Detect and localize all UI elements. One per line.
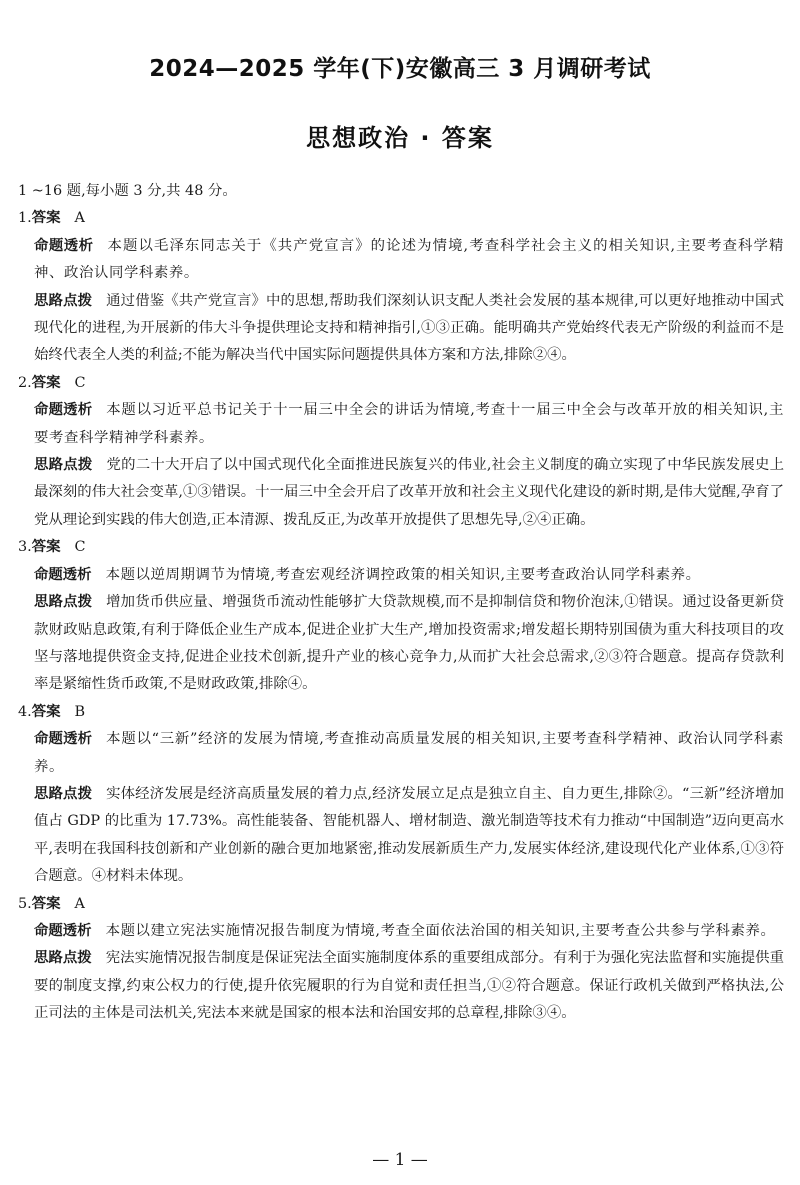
analysis-text: 本题以毛泽东同志关于《共产党宣言》的论述为情境,考查科学社会主义的相关知识,主要… — [34, 238, 784, 281]
analysis-text: 本题以习近平总书记关于十一届三中全会的讲话为情境,考查十一届三中全会与改革开放的… — [34, 402, 784, 445]
answer-label: 答案 — [32, 375, 61, 391]
question-1: 1.答案A 命题透析本题以毛泽东同志关于《共产党宣言》的论述为情境,考查科学社会… — [18, 205, 784, 369]
analysis-text: 本题以“三新”经济的发展为情境,考查推动高质量发展的相关知识,主要考查科学精神、… — [34, 731, 784, 774]
question-number: 2. — [18, 375, 32, 391]
hint-text: 实体经济发展是经济高质量发展的着力点,经济发展立足点是独立自主、自力更生,排除②… — [34, 786, 784, 884]
answer-content: 1 ~16 题,每小题 3 分,共 48 分。 1.答案A 命题透析本题以毛泽东… — [18, 178, 784, 1028]
analysis-paragraph: 命题透析本题以毛泽东同志关于《共产党宣言》的论述为情境,考查科学社会主义的相关知… — [34, 233, 784, 288]
analysis-paragraph: 命题透析本题以“三新”经济的发展为情境,考查推动高质量发展的相关知识,主要考查科… — [34, 726, 784, 781]
hint-paragraph: 思路点拨党的二十大开启了以中国式现代化全面推进民族复兴的伟业,社会主义制度的确立… — [34, 452, 784, 534]
hint-label: 思路点拨 — [34, 293, 92, 309]
analysis-label: 命题透析 — [34, 238, 94, 254]
section-intro: 1 ~16 题,每小题 3 分,共 48 分。 — [18, 178, 784, 205]
hint-paragraph: 思路点拨实体经济发展是经济高质量发展的着力点,经济发展立足点是独立自主、自力更生… — [34, 781, 784, 891]
question-number: 3. — [18, 539, 32, 555]
answer-value: C — [75, 375, 86, 391]
hint-label: 思路点拨 — [34, 786, 92, 802]
hint-label: 思路点拨 — [34, 594, 92, 610]
answer-value: C — [75, 539, 86, 555]
hint-text: 宪法实施情况报告制度是保证宪法全面实施制度体系的重要组成部分。有利于为强化宪法监… — [34, 950, 784, 1021]
answer-value: A — [75, 210, 85, 226]
page-number: — 1 — — [0, 1150, 800, 1170]
analysis-label: 命题透析 — [34, 923, 92, 939]
analysis-label: 命题透析 — [34, 567, 92, 583]
hint-label: 思路点拨 — [34, 457, 93, 473]
question-5: 5.答案A 命题透析本题以建立宪法实施情况报告制度为情境,考查全面依法治国的相关… — [18, 891, 784, 1028]
analysis-label: 命题透析 — [34, 402, 92, 418]
document-title: 2024—2025 学年(下)安徽高三 3 月调研考试 — [0, 50, 800, 83]
document-subtitle: 思想政治 · 答案 — [0, 118, 800, 153]
hint-paragraph: 思路点拨通过借鉴《共产党宣言》中的思想,帮助我们深刻认识支配人类社会发展的基本规… — [34, 288, 784, 370]
hint-label: 思路点拨 — [34, 950, 92, 966]
question-header: 3.答案C — [18, 534, 784, 561]
analysis-text: 本题以逆周期调节为情境,考查宏观经济调控政策的相关知识,主要考查政治认同学科素养… — [106, 567, 701, 583]
question-header: 1.答案A — [18, 205, 784, 232]
analysis-paragraph: 命题透析本题以建立宪法实施情况报告制度为情境,考查全面依法治国的相关知识,主要考… — [34, 918, 784, 945]
question-header: 5.答案A — [18, 891, 784, 918]
hint-text: 增加货币供应量、增强货币流动性能够扩大贷款规模,而不是抑制信贷和物价泡沫,①错误… — [34, 594, 784, 692]
hint-text: 党的二十大开启了以中国式现代化全面推进民族复兴的伟业,社会主义制度的确立实现了中… — [34, 457, 784, 528]
document-page: 2024—2025 学年(下)安徽高三 3 月调研考试 思想政治 · 答案 1 … — [0, 0, 800, 1185]
question-number: 5. — [18, 896, 32, 912]
question-3: 3.答案C 命题透析本题以逆周期调节为情境,考查宏观经济调控政策的相关知识,主要… — [18, 534, 784, 698]
answer-value: B — [75, 704, 86, 720]
question-header: 4.答案B — [18, 699, 784, 726]
analysis-label: 命题透析 — [34, 731, 92, 747]
answer-label: 答案 — [32, 539, 61, 555]
answer-value: A — [75, 896, 85, 912]
analysis-text: 本题以建立宪法实施情况报告制度为情境,考查全面依法治国的相关知识,主要考查公共参… — [106, 923, 776, 939]
question-4: 4.答案B 命题透析本题以“三新”经济的发展为情境,考查推动高质量发展的相关知识… — [18, 699, 784, 891]
question-number: 4. — [18, 704, 32, 720]
answer-label: 答案 — [32, 896, 61, 912]
hint-paragraph: 思路点拨增加货币供应量、增强货币流动性能够扩大贷款规模,而不是抑制信贷和物价泡沫… — [34, 589, 784, 699]
analysis-paragraph: 命题透析本题以逆周期调节为情境,考查宏观经济调控政策的相关知识,主要考查政治认同… — [34, 562, 784, 589]
answer-label: 答案 — [32, 210, 61, 226]
hint-paragraph: 思路点拨宪法实施情况报告制度是保证宪法全面实施制度体系的重要组成部分。有利于为强… — [34, 945, 784, 1027]
question-header: 2.答案C — [18, 370, 784, 397]
answer-label: 答案 — [32, 704, 61, 720]
analysis-paragraph: 命题透析本题以习近平总书记关于十一届三中全会的讲话为情境,考查十一届三中全会与改… — [34, 397, 784, 452]
question-number: 1. — [18, 210, 32, 226]
hint-text: 通过借鉴《共产党宣言》中的思想,帮助我们深刻认识支配人类社会发展的基本规律,可以… — [34, 293, 784, 364]
question-2: 2.答案C 命题透析本题以习近平总书记关于十一届三中全会的讲话为情境,考查十一届… — [18, 370, 784, 534]
